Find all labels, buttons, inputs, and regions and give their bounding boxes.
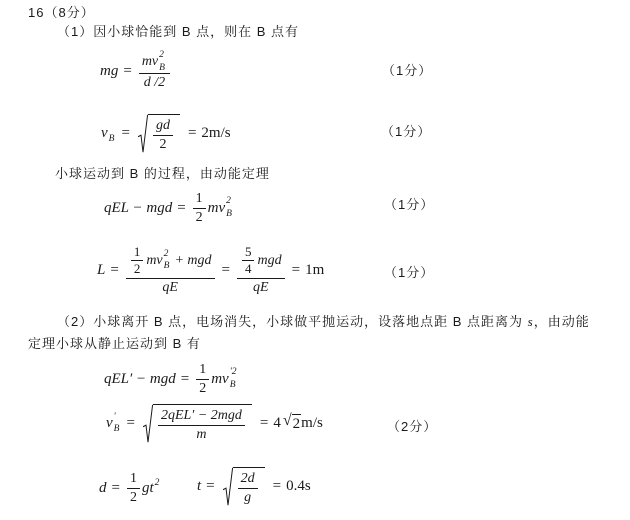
eq7b-result: 0.4s xyxy=(286,478,311,495)
part2-line1-post: ，由动能 xyxy=(534,314,590,329)
eq4-f1-main: mv xyxy=(146,252,162,270)
radical-sign-icon: √ xyxy=(283,413,292,429)
square-root: gd 2 xyxy=(138,114,180,153)
eq7a-den: 2 xyxy=(130,489,137,507)
numerator: 2d xyxy=(238,470,258,488)
denominator: 2 xyxy=(196,380,209,398)
equation-length-L: L = 1 2 mv 2 B + mgd qE = 5 4 mgd xyxy=(97,244,324,296)
denominator: g xyxy=(241,489,254,507)
part2-intro-line1: （2）小球离开 B 点，电场消失，小球做平抛运动，设落地点距 B 点距离为 s，… xyxy=(57,314,590,330)
numerator: 5 4 mgd xyxy=(237,244,285,278)
eq2-lhs: v xyxy=(101,125,108,142)
radical-sign-icon xyxy=(143,404,153,443)
numerator: 1 2 mv 2 B + mgd xyxy=(126,244,215,278)
eq3-rhs-main: mv xyxy=(208,200,226,217)
eq4-f1-plus: + mgd xyxy=(174,252,211,270)
score-mark-1: （1分） xyxy=(382,63,432,79)
eq3-half-den: 2 xyxy=(196,209,203,227)
denominator: 2 xyxy=(156,136,169,154)
fraction-2: 5 4 mgd qE xyxy=(237,244,285,296)
eq7b-rad-den: g xyxy=(244,489,251,507)
eq4-f1-num: 1 xyxy=(134,244,141,260)
solution-document-page: { "colors": { "background": "#ffffff", "… xyxy=(0,0,630,520)
eq7a-lhs: d xyxy=(99,480,107,497)
fraction-half: 1 2 xyxy=(127,470,140,506)
radicand: 2d g xyxy=(233,467,265,506)
denominator: 2 xyxy=(131,261,144,277)
eq7b-lhs: t xyxy=(197,478,201,495)
eq2-result: 2m/s xyxy=(201,125,230,142)
radical-sign-icon xyxy=(223,467,233,506)
equation-work-energy: qEL − mgd = 1 2 mv 2 B xyxy=(104,190,234,226)
equation-work-energy-2: qEL′ − mgd = 1 2 mv ′2 B xyxy=(104,361,239,397)
equals-sign: = xyxy=(123,63,131,80)
square-root: 2qEL′ − 2mgd m xyxy=(143,404,252,443)
numerator: 1 xyxy=(127,470,140,488)
equals-sign: = xyxy=(222,262,230,279)
equals-sign: = xyxy=(126,415,134,432)
numerator: 5 xyxy=(242,244,255,260)
equals-sign: = xyxy=(181,371,189,388)
denominator: d /2 xyxy=(141,74,168,92)
equation-circular-motion: mg = mv 2 B d /2 xyxy=(100,51,172,92)
eq6-unit: m/s xyxy=(301,415,323,432)
eq2-rad-num: gd xyxy=(156,117,170,135)
equation-fall-time: t = 2d g = 0.4s xyxy=(197,467,311,506)
score-mark-3: （1分） xyxy=(384,197,434,213)
superscript: 2 xyxy=(226,197,232,207)
numerator: 1 xyxy=(131,244,144,260)
eq5-half-den: 2 xyxy=(199,380,206,398)
part2-intro-line2: 定理小球从静止运动到 B 有 xyxy=(28,336,201,352)
eq6-rad-den: m xyxy=(196,426,206,444)
eq1-den-text: d /2 xyxy=(144,74,165,92)
fraction-half: 1 2 xyxy=(193,190,206,226)
fraction-half: 1 2 xyxy=(196,361,209,397)
score-mark-4: （1分） xyxy=(384,265,434,281)
fraction: 2qEL′ − 2mgd m xyxy=(158,407,245,443)
superscript: ′2 xyxy=(230,368,237,378)
fraction-1: 1 2 mv 2 B + mgd qE xyxy=(126,244,215,296)
equals-sign: = xyxy=(273,478,281,495)
eq2-rad-den: 2 xyxy=(159,136,166,154)
denominator: qE xyxy=(159,279,181,297)
eq1-lhs: mg xyxy=(100,63,118,80)
equals-sign: = xyxy=(177,200,185,217)
eq5-half-num: 1 xyxy=(199,361,206,379)
equals-sign: = xyxy=(292,262,300,279)
superscript: ′ xyxy=(114,413,120,423)
subscript: B xyxy=(159,64,165,74)
subscript: B xyxy=(164,262,170,272)
part1-intro-text: （1）因小球恰能到 B 点，则在 B 点有 xyxy=(57,24,299,40)
fraction: 2d g xyxy=(238,470,258,506)
score-mark-5: （2分） xyxy=(387,419,437,435)
eq5-rhs-main: mv xyxy=(211,371,229,388)
eq3-lhs: qEL − mgd xyxy=(104,200,172,217)
sqrt-two: √ 2 xyxy=(283,414,301,433)
sup-sub-stack: 2 B xyxy=(226,197,232,219)
eq4-f1-den: 2 xyxy=(134,261,141,277)
part1-mid-text: 小球运动到 B 的过程，由动能定理 xyxy=(55,166,270,182)
fraction: gd 2 xyxy=(153,117,173,153)
eq7a-num: 1 xyxy=(130,470,137,488)
equation-vb-prime: v ′ B = 2qEL′ − 2mgd m = 4 √ 2 m/s xyxy=(106,404,323,443)
sup-sub-stack: ′2 B xyxy=(230,368,237,390)
equation-vb: v B = gd 2 = 2m/s xyxy=(101,114,231,153)
equals-sign: = xyxy=(188,125,196,142)
subscript: B xyxy=(114,425,120,435)
part2-line1-pre: （2）小球离开 B 点，电场消失，小球做平抛运动，设落地点距 B 点距离为 xyxy=(57,314,528,329)
eq5-lhs: qEL′ − mgd xyxy=(104,371,176,388)
equals-sign: = xyxy=(206,478,214,495)
equation-fall-distance: d = 1 2 gt 2 xyxy=(99,470,159,506)
numerator: 2qEL′ − 2mgd xyxy=(158,407,245,425)
radical-sign-icon xyxy=(138,114,148,153)
fraction: mv 2 B d /2 xyxy=(139,51,170,92)
superscript: 2 xyxy=(164,250,170,260)
denominator: 2 xyxy=(127,489,140,507)
eq7b-rad-num: 2d xyxy=(241,470,255,488)
sup-sub-stack: ′ B xyxy=(114,413,120,435)
eq4-result: 1m xyxy=(305,262,324,279)
denominator: 2 xyxy=(193,209,206,227)
eq1-num-main: mv xyxy=(142,53,158,71)
numerator: 1 xyxy=(193,190,206,208)
fraction-five-fourths: 5 4 xyxy=(242,244,255,278)
radicand: 2qEL′ − 2mgd m xyxy=(153,404,252,443)
denominator: qE xyxy=(250,279,272,297)
denominator: 4 xyxy=(242,261,255,277)
score-mark-2: （1分） xyxy=(381,124,431,140)
equals-sign: = xyxy=(110,262,118,279)
fraction-half: 1 2 xyxy=(131,244,144,278)
superscript: 2 xyxy=(155,478,160,488)
numerator: gd xyxy=(153,117,173,135)
eq6-lhs: v xyxy=(106,415,113,432)
eq4-f2-denom: qE xyxy=(253,279,269,297)
eq3-half-num: 1 xyxy=(196,190,203,208)
radicand: gd 2 xyxy=(148,114,180,153)
subscript: B xyxy=(226,210,232,220)
sup-sub-stack: 2 B xyxy=(159,51,165,73)
numerator: mv 2 B xyxy=(139,51,170,73)
eq6-coefficient: 4 xyxy=(273,415,281,432)
denominator: m xyxy=(193,426,209,444)
eq4-f2-rest: mgd xyxy=(257,252,281,270)
subscript: B xyxy=(109,134,115,144)
equals-sign: = xyxy=(260,415,268,432)
eq4-f1-denom: qE xyxy=(162,279,178,297)
sqrt-two-value: 2 xyxy=(292,414,302,433)
equals-sign: = xyxy=(112,480,120,497)
eq6-rad-num: 2qEL′ − 2mgd xyxy=(161,407,242,425)
sup-sub-stack: 2 B xyxy=(164,250,170,272)
square-root: 2d g xyxy=(223,467,265,506)
equals-sign: = xyxy=(121,125,129,142)
eq7a-rhs: gt xyxy=(142,480,154,497)
eq4-f2-num: 5 xyxy=(245,244,252,260)
eq4-f2-den: 4 xyxy=(245,261,252,277)
eq4-lhs: L xyxy=(97,262,105,279)
subscript: B xyxy=(230,381,237,391)
superscript: 2 xyxy=(159,51,165,61)
problem-number: 16（8分） xyxy=(28,5,95,21)
numerator: 1 xyxy=(196,361,209,379)
